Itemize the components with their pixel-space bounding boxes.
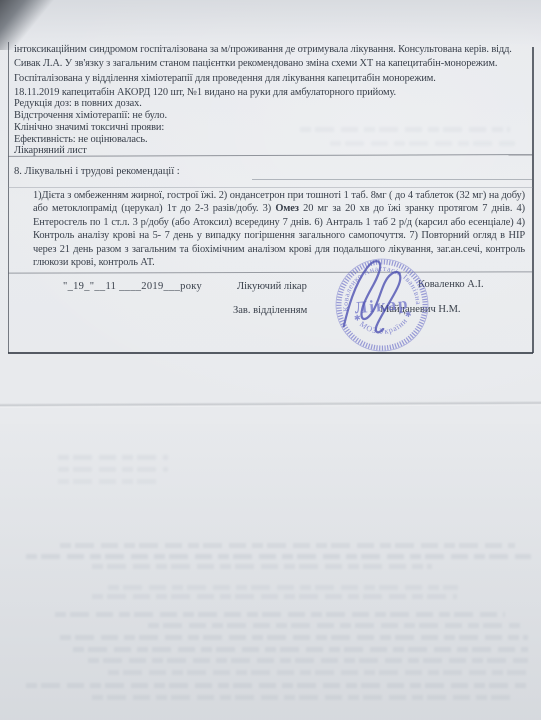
section8-heading: 8. Лікувальні і трудові рекомендації : <box>14 166 180 177</box>
table-border-bottom <box>8 352 533 354</box>
show-through-text-line <box>92 695 512 700</box>
show-through-text-line <box>55 612 505 617</box>
show-through-text-line <box>60 543 515 548</box>
show-through-text-line <box>26 683 526 688</box>
body-text-line: Клінічно значимі токсичні прояви: <box>14 122 164 134</box>
handwritten-signature <box>338 259 405 335</box>
document-photo: інтоксикаційним синдромом госпіталізован… <box>0 0 541 720</box>
date-line: "_19_"__11 ____2019___року <box>63 281 202 292</box>
rule-after-recommendations <box>8 271 533 273</box>
body-text-line: Госпіталізована у відділення хіміотерапі… <box>14 73 436 85</box>
section8-underline <box>252 179 532 180</box>
body-text-line: Лікарняний лист <box>14 145 87 157</box>
body-text-line: Відстрочення хіміотерапії: не було. <box>14 110 167 122</box>
show-through-text-line <box>92 564 432 569</box>
body-text-line: Сивак Л.А. У зв'язку з загальним станом … <box>14 58 497 70</box>
body-text-line: Редукція доз: в повних дозах. <box>14 98 142 110</box>
show-through-text-line <box>92 594 457 599</box>
show-through-text-line <box>58 455 168 460</box>
body-text-line: інтоксикаційним синдромом госпіталізован… <box>14 44 512 56</box>
show-through-text-line <box>300 127 510 132</box>
show-through-text-line <box>330 141 515 146</box>
department-head-name: Майданевич Н.М. <box>380 304 461 315</box>
show-through-text-line <box>73 647 528 652</box>
department-head-label: Зав. відділенням <box>233 305 307 316</box>
show-through-text-line <box>26 554 531 559</box>
paper-fold-crease <box>0 401 541 408</box>
rule-above-recommendations <box>8 187 533 188</box>
treating-doctor-name: Коваленко А.І. <box>418 279 484 290</box>
show-through-text-line <box>58 479 163 484</box>
show-through-text-line <box>108 670 528 675</box>
show-through-text-line <box>58 467 168 472</box>
show-through-text-line <box>148 623 520 628</box>
table-border-right <box>532 47 534 353</box>
table-border-left <box>8 42 9 353</box>
photo-corner-shadow <box>0 0 64 50</box>
recommendations-paragraph: 1)Дієта з омбеженням жирної, гострої їжі… <box>33 189 525 269</box>
treating-doctor-label: Лікуючий лікар <box>237 281 307 292</box>
show-through-text-line <box>108 585 458 590</box>
show-through-text-line <box>60 635 528 640</box>
show-through-text-line <box>88 658 528 663</box>
